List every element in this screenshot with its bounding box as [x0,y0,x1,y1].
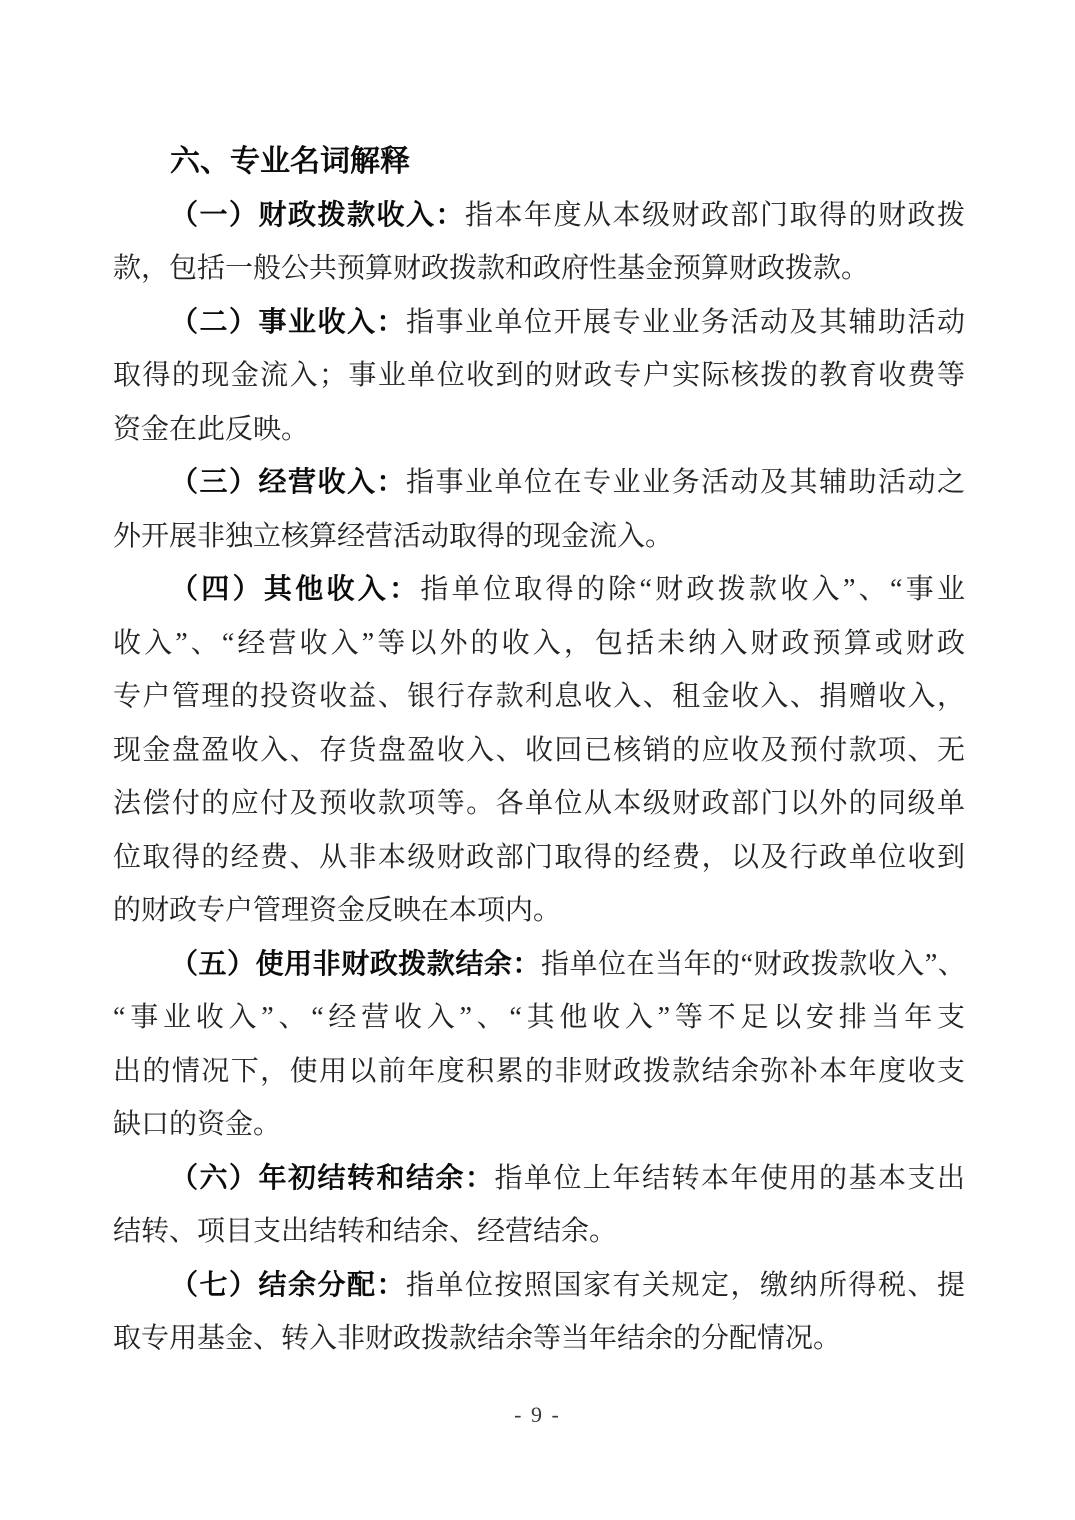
text-line: 资金在此反映。 [113,403,965,457]
text-line: 位取得的经费、从非本级财政部门取得的经费，以及行政单位收到 [113,831,965,885]
line-text: 现金盘盈收入、存货盘盈收入、收回已核销的应收及预付款项、无 [113,735,965,766]
line-text: 指单位在当年的“财政拨款收入”、 [541,949,965,980]
line-text: 专户管理的投资收益、银行存款利息收入、租金收入、捐赠收入， [113,681,965,712]
text-line: 专户管理的投资收益、银行存款利息收入、租金收入、捐赠收入， [113,670,965,724]
term-label: （二）事业收入： [170,307,406,338]
text-line: 收入”、“经营收入”等以外的收入，包括未纳入财政预算或财政 [113,617,965,671]
line-text: 指本年度从本级财政部门取得的财政拨 [465,200,965,231]
line-text: 缺口的资金。 [113,1109,281,1140]
text-line: （一）财政拨款收入：指本年度从本级财政部门取得的财政拨 [113,189,965,243]
text-line: 的财政专户管理资金反映在本项内。 [113,884,965,938]
text-line: （五）使用非财政拨款结余：指单位在当年的“财政拨款收入”、 [113,938,965,992]
section-heading: 六、专业名词解释 [113,135,965,189]
line-text: 资金在此反映。 [113,414,309,445]
text-line: 结转、项目支出结转和结余、经营结余。 [113,1205,965,1259]
term-label: （一）财政拨款收入： [170,200,465,231]
line-text: 出的情况下，使用以前年度积累的非财政拨款结余弥补本年度收支 [113,1056,965,1087]
line-text: 外开展非独立核算经营活动取得的现金流入。 [113,521,673,552]
text-line: （二）事业收入：指事业单位开展专业业务活动及其辅助活动 [113,296,965,350]
term-label: （五）使用非财政拨款结余： [170,949,541,980]
line-text: 取得的现金流入；事业单位收到的财政专户实际核拨的教育收费等 [113,360,965,391]
text-line: “事业收入”、“经营收入”、“其他收入”等不足以安排当年支 [113,991,965,1045]
text-line: 外开展非独立核算经营活动取得的现金流入。 [113,510,965,564]
line-text: 指单位按照国家有关规定，缴纳所得税、提 [406,1270,965,1301]
text-line: 出的情况下，使用以前年度积累的非财政拨款结余弥补本年度收支 [113,1045,965,1099]
line-text: 法偿付的应付及预收款项等。各单位从本级财政部门以外的同级单 [113,788,965,819]
line-text: 取专用基金、转入非财政拨款结余等当年结余的分配情况。 [113,1323,841,1354]
text-line: （四）其他收入：指单位取得的除“财政拨款收入”、“事业 [113,563,965,617]
line-text: 指事业单位开展专业业务活动及其辅助活动 [406,307,965,338]
line-text: 指单位取得的除“财政拨款收入”、“事业 [420,574,965,605]
line-text: 指单位上年结转本年使用的基本支出 [495,1163,965,1194]
term-label: （六）年初结转和结余： [170,1163,495,1194]
text-line: 现金盘盈收入、存货盘盈收入、收回已核销的应收及预付款项、无 [113,724,965,778]
line-text: 指事业单位在专业业务活动及其辅助活动之 [406,467,965,498]
text-line: （七）结余分配：指单位按照国家有关规定，缴纳所得税、提 [113,1259,965,1313]
line-text: 款，包括一般公共预算财政拨款和政府性基金预算财政拨款。 [113,253,869,284]
line-text: 收入”、“经营收入”等以外的收入，包括未纳入财政预算或财政 [113,628,965,659]
term-label: （七）结余分配： [170,1270,406,1301]
text-line: 缺口的资金。 [113,1098,965,1152]
document-content: 六、专业名词解释 （一）财政拨款收入：指本年度从本级财政部门取得的财政拨 款，包… [113,135,965,1366]
line-text: “事业收入”、“经营收入”、“其他收入”等不足以安排当年支 [113,1002,965,1033]
text-line: （三）经营收入：指事业单位在专业业务活动及其辅助活动之 [113,456,965,510]
text-line: 取得的现金流入；事业单位收到的财政专户实际核拨的教育收费等 [113,349,965,403]
line-text: 位取得的经费、从非本级财政部门取得的经费，以及行政单位收到 [113,842,965,873]
document-page: 六、专业名词解释 （一）财政拨款收入：指本年度从本级财政部门取得的财政拨 款，包… [0,0,1075,1520]
text-line: 取专用基金、转入非财政拨款结余等当年结余的分配情况。 [113,1312,965,1366]
term-label: （三）经营收入： [170,467,406,498]
text-line: 法偿付的应付及预收款项等。各单位从本级财政部门以外的同级单 [113,777,965,831]
term-label: （四）其他收入： [170,574,420,605]
line-text: 的财政专户管理资金反映在本项内。 [113,895,561,926]
page-number: - 9 - [0,1402,1075,1428]
line-text: 结转、项目支出结转和结余、经营结余。 [113,1216,617,1247]
text-line: 款，包括一般公共预算财政拨款和政府性基金预算财政拨款。 [113,242,965,296]
text-line: （六）年初结转和结余：指单位上年结转本年使用的基本支出 [113,1152,965,1206]
